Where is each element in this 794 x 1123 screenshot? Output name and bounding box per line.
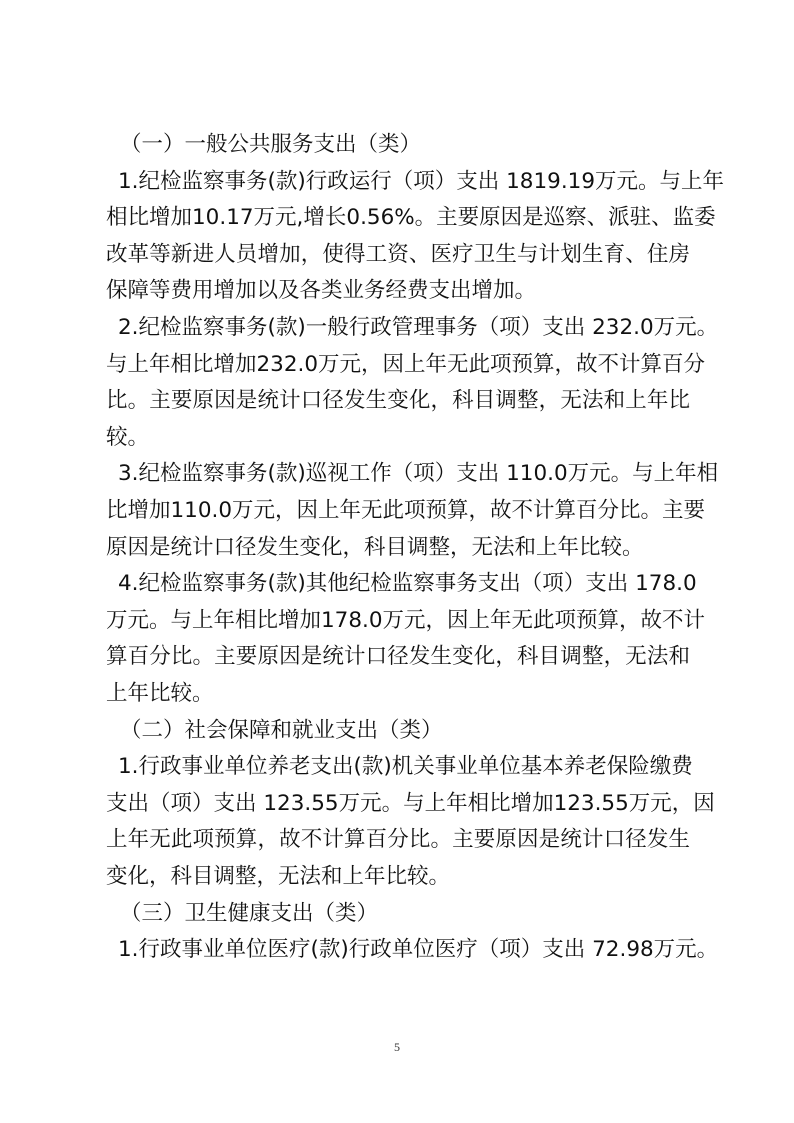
section-heading: （二）社会保障和就业支出（类）	[120, 712, 690, 749]
paragraph-line: 支出（项）支出 123.55万元。与上年相比增加123.55万元，因	[106, 785, 690, 822]
paragraph-line: 较。	[106, 419, 690, 456]
paragraph-line: 上年比较。	[106, 675, 690, 712]
paragraph-line: 1.行政事业单位养老支出(款)机关事业单位基本养老保险缴费	[118, 748, 690, 785]
paragraph-line: 比增加110.0万元，因上年无此项预算，故不计算百分比。主要	[106, 492, 690, 529]
paragraph-line: 3.纪检监察事务(款)巡视工作（项）支出 110.0万元。与上年相	[118, 455, 690, 492]
paragraph-line: 改革等新进人员增加，使得工资、医疗卫生与计划生育、住房	[106, 236, 690, 273]
paragraph-line: 算百分比。主要原因是统计口径发生变化，科目调整，无法和	[106, 638, 690, 675]
paragraph-line: 保障等费用增加以及各类业务经费支出增加。	[106, 272, 690, 309]
paragraph-line: 4.纪检监察事务(款)其他纪检监察事务支出（项）支出 178.0	[118, 565, 690, 602]
page-number: 5	[0, 1040, 794, 1055]
section-heading: （一）一般公共服务支出（类）	[120, 126, 690, 163]
paragraph-line: 1.行政事业单位医疗(款)行政单位医疗（项）支出 72.98万元。	[118, 931, 690, 968]
paragraph-line: 1.纪检监察事务(款)行政运行（项）支出 1819.19万元。与上年	[118, 163, 690, 200]
paragraph-line: 变化，科目调整，无法和上年比较。	[106, 858, 690, 895]
section-heading: （三）卫生健康支出（类）	[120, 895, 690, 932]
paragraph-line: 相比增加10.17万元,增长0.56%。主要原因是巡察、派驻、监委	[106, 199, 690, 236]
document-page: （一）一般公共服务支出（类）1.纪检监察事务(款)行政运行（项）支出 1819.…	[0, 0, 794, 1123]
paragraph-line: 原因是统计口径发生变化，科目调整，无法和上年比较。	[106, 529, 690, 566]
paragraph-line: 与上年相比增加232.0万元，因上年无此项预算，故不计算百分	[106, 346, 690, 383]
paragraph-line: 上年无此项预算，故不计算百分比。主要原因是统计口径发生	[106, 821, 690, 858]
paragraph-line: 比。主要原因是统计口径发生变化，科目调整，无法和上年比	[106, 382, 690, 419]
paragraph-line: 万元。与上年相比增加178.0万元，因上年无此项预算，故不计	[106, 602, 690, 639]
paragraph-line: 2.纪检监察事务(款)一般行政管理事务（项）支出 232.0万元。	[118, 309, 690, 346]
